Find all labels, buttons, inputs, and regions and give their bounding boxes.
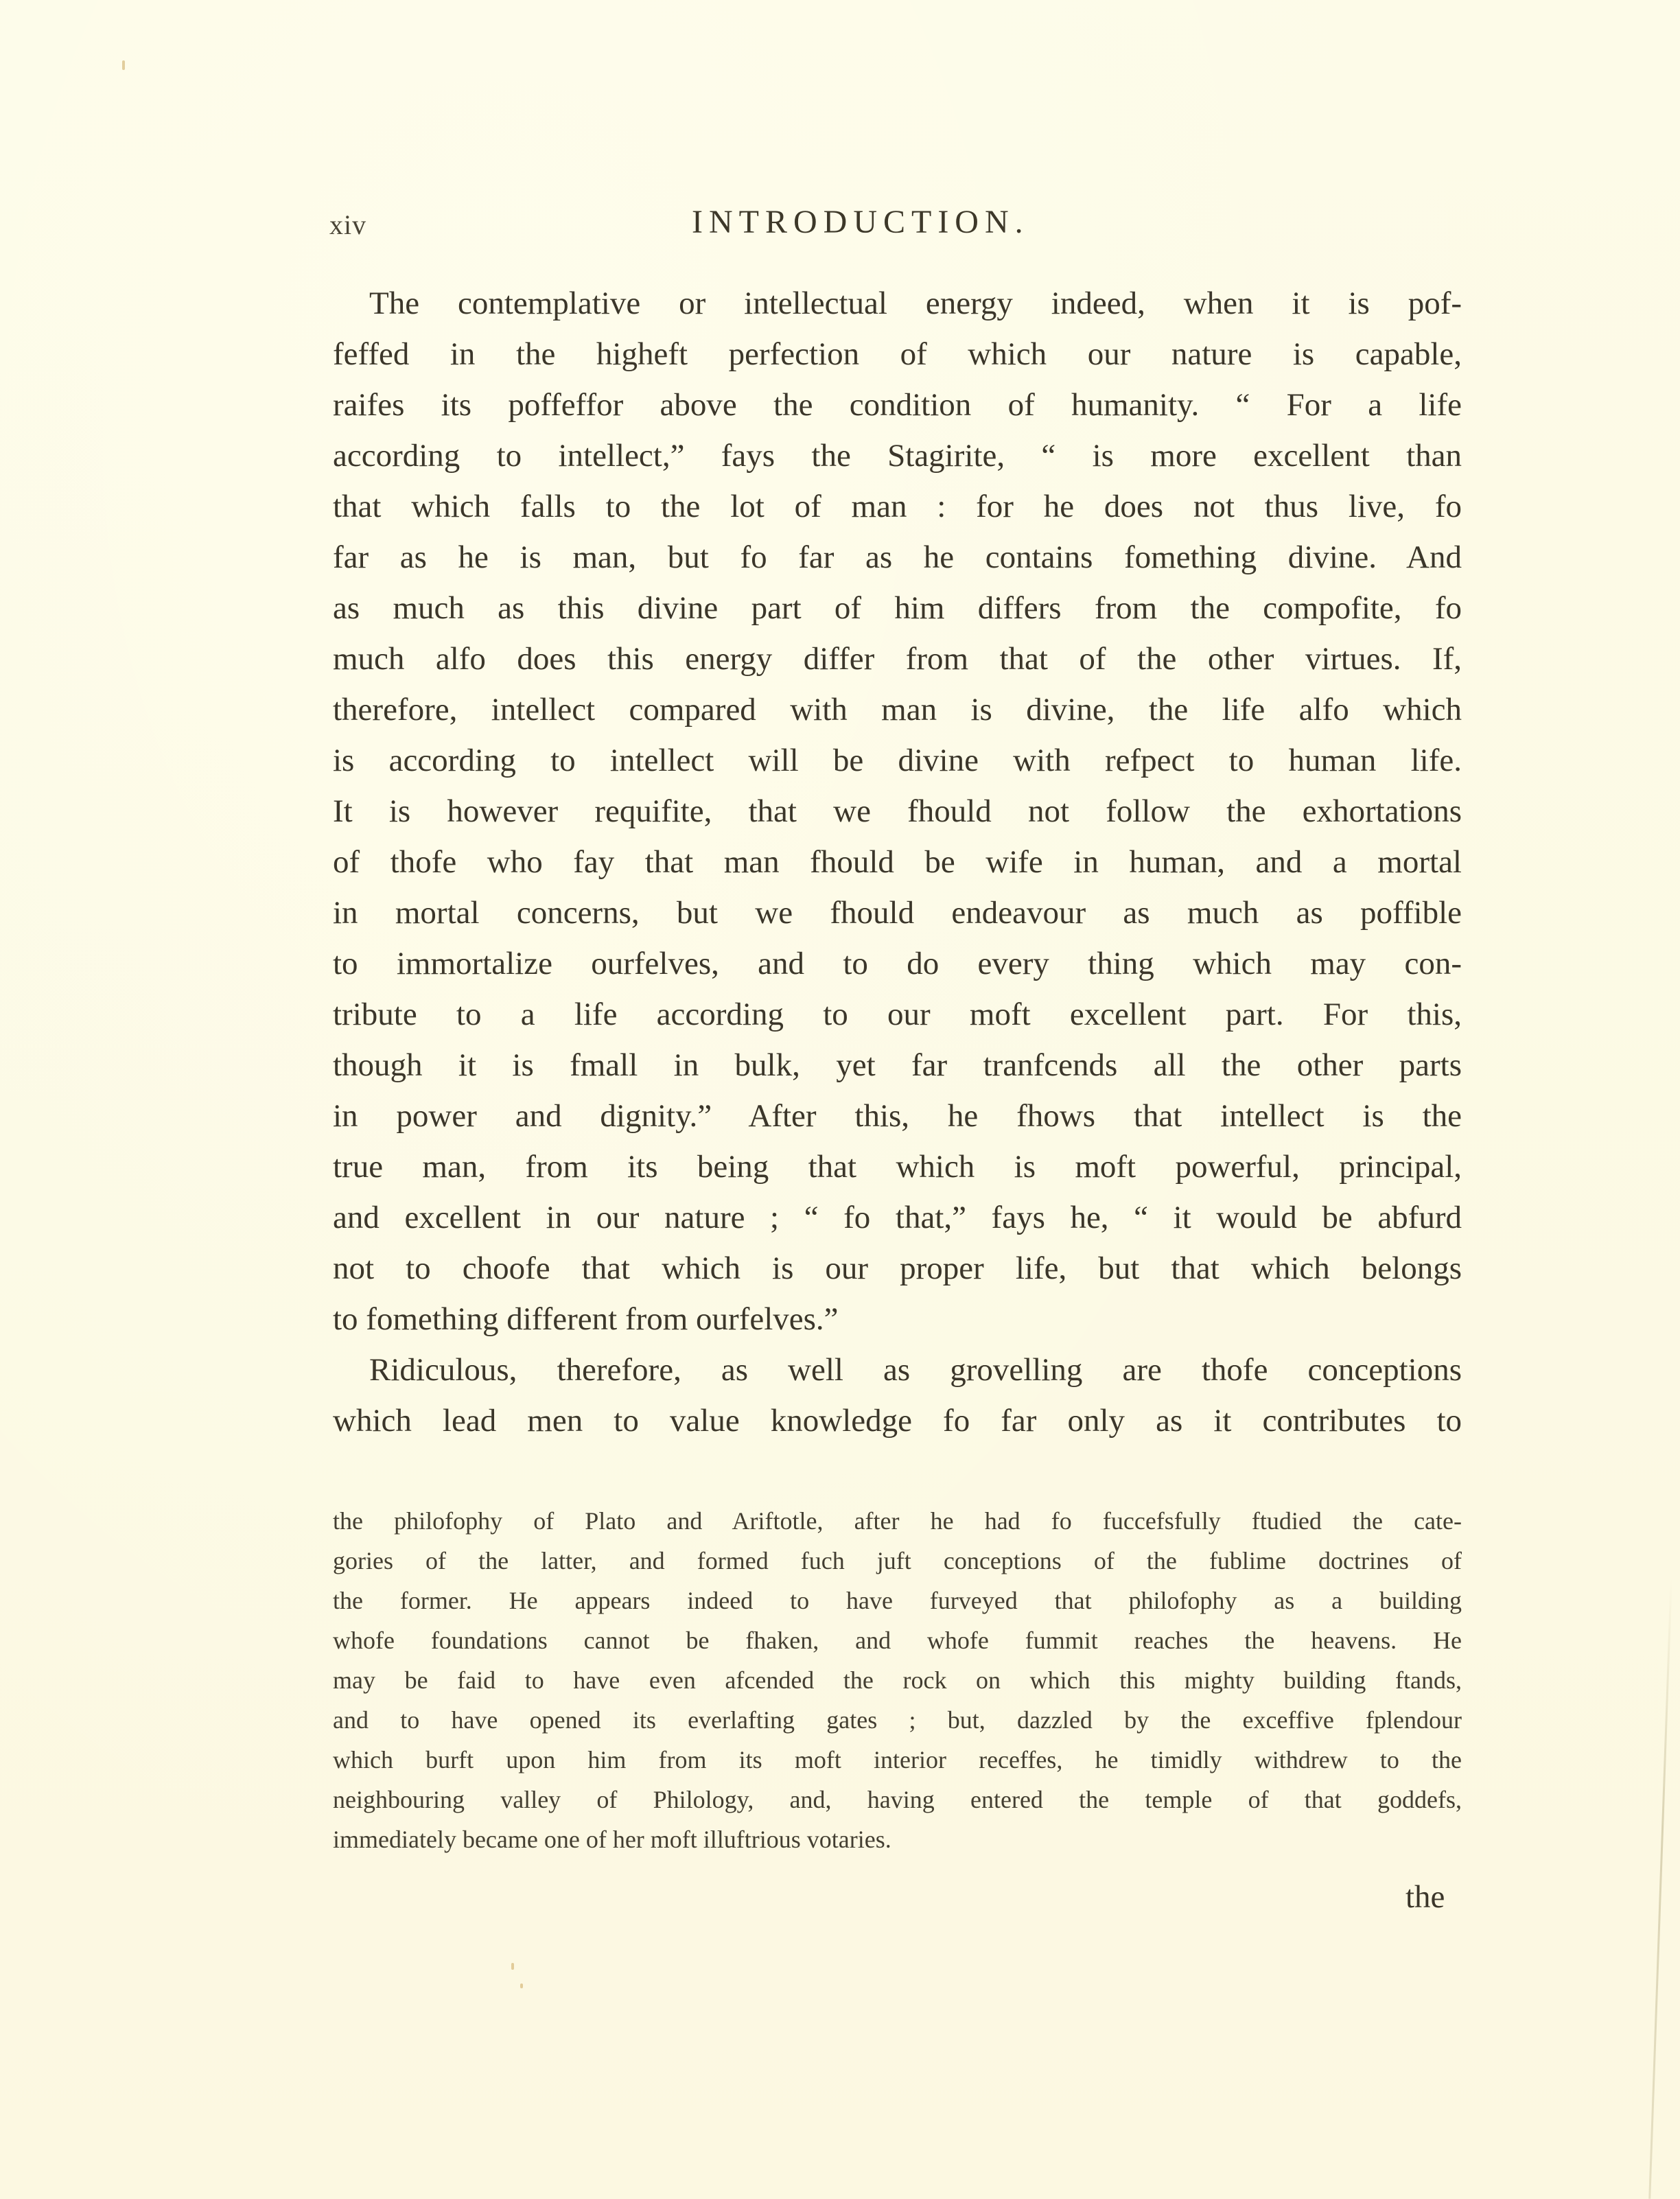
body-line: Ridiculous, therefore, as well as grovel… (369, 1351, 1462, 1389)
body-line: in mortal concerns, but we fhould endeav… (333, 894, 1462, 932)
footnote-line: whofe foundations cannot be fhaken, and … (333, 1625, 1462, 1655)
body-line: true man, from its being that which is m… (333, 1148, 1462, 1186)
body-line: It is however requifite, that we fhould … (333, 792, 1462, 830)
body-line: tribute to a life according to our moft … (333, 995, 1462, 1034)
footnote-line: may be faid to have even afcended the ro… (333, 1665, 1462, 1695)
body-line: as much as this divine part of him diffe… (333, 589, 1462, 627)
running-head: INTRODUCTION. (692, 203, 1068, 242)
body-line: to fomething different from ourfelves.” (333, 1300, 1462, 1338)
body-line: therefore, intellect compared with man i… (333, 690, 1462, 729)
body-line: not to choofe that which is our proper l… (333, 1249, 1462, 1288)
body-line: The contemplative or intellectual energy… (369, 284, 1462, 323)
body-line: which lead men to value knowledge fo far… (333, 1401, 1462, 1440)
footnote-line: immediately became one of her moft illuf… (333, 1824, 1462, 1854)
footnote-line: neighbouring valley of Philology, and, h… (333, 1784, 1462, 1815)
book-page: xiv INTRODUCTION. The contemplative or i… (0, 0, 1680, 2199)
catchword: the (1405, 1878, 1445, 1916)
paper-speck (520, 1983, 523, 1988)
footnote-line: the former. He appears indeed to have fu… (333, 1585, 1462, 1616)
body-line: and excellent in our nature ; “ fo that,… (333, 1198, 1462, 1237)
body-line: in power and dignity.” After this, he fh… (333, 1097, 1462, 1135)
footnote-line: the philofophy of Plato and Ariftotle, a… (333, 1506, 1462, 1536)
footnote-line: and to have opened its everlafting gates… (333, 1705, 1462, 1735)
body-line: according to intellect,” fays the Stagir… (333, 437, 1462, 475)
body-line: though it is fmall in bulk, yet far tran… (333, 1046, 1462, 1084)
page-crease (1648, 1579, 1672, 2199)
footnote-line: which burft upon him from its moft inter… (333, 1745, 1462, 1775)
body-line: far as he is man, but fo far as he conta… (333, 538, 1462, 577)
body-line: feffed in the higheft perfection of whic… (333, 335, 1462, 373)
body-line: raifes its poffeffor above the condition… (333, 386, 1462, 424)
footnote-line: gories of the latter, and formed fuch ju… (333, 1546, 1462, 1576)
page-number: xiv (329, 209, 366, 242)
paper-speck (511, 1963, 514, 1970)
paper-speck (122, 60, 125, 70)
body-line: of thofe who fay that man fhould be wife… (333, 843, 1462, 881)
body-line: is according to intellect will be divine… (333, 741, 1462, 780)
body-line: to immortalize ourfelves, and to do ever… (333, 944, 1462, 983)
body-line: much alfo does this energy differ from t… (333, 640, 1462, 678)
body-line: that which falls to the lot of man : for… (333, 487, 1462, 526)
